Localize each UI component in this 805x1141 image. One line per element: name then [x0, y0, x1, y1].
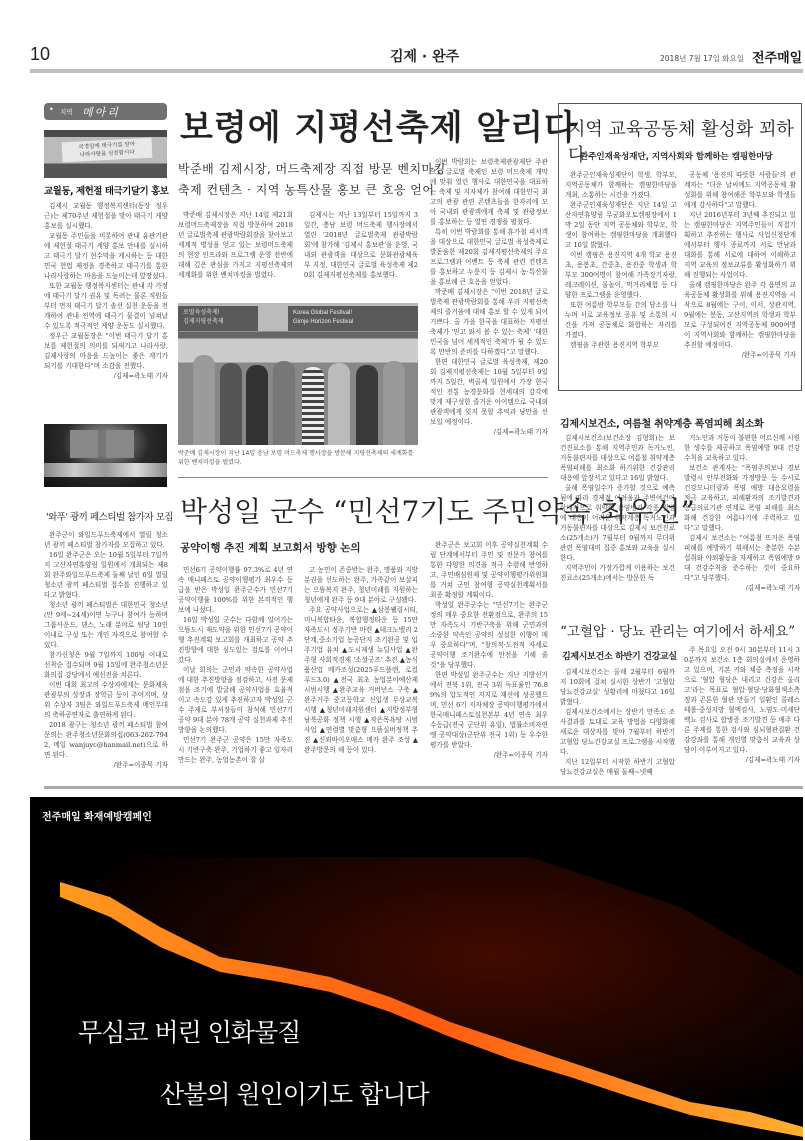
person — [193, 355, 215, 445]
paragraph: 청소년 광끼 페스티벌은 대한민국 청소년(만 9세~24세)이면 누구나 참여… — [44, 600, 168, 650]
concert-photo — [44, 424, 167, 487]
story-column: 완주군은 보고회 이후 공약실천계획 수립 단계에서부터 주민 및 전문가 참여… — [430, 540, 548, 760]
paragraph: 고 농민이 존중받는 완주, 명품와 지방분권을 선도하는 완주, 가족같이 보… — [304, 565, 418, 605]
paragraph: 이번 대회 최고의 수상자에게는 문화체육관광부의 상장과 장학금 등이 주어지… — [44, 680, 168, 720]
subheadline: 축제 컨텐츠 · 지역 농특산물 홍보 큰 호응 얻어 — [178, 181, 435, 198]
flag-banner-photo: 국경일에 태극기를 달아 나라사랑을 실천합시다 — [44, 130, 167, 178]
paragraph: 박성일 완주군수는 "민선7기는 완주군정의 매우 중요한 전환점으로, 완주의… — [430, 600, 548, 670]
sign-text: 김제지평선축제 — [183, 318, 253, 327]
paragraph: 지난 12일부터 시작한 하반기 고혈압 당뇨건강교실은 매월 둘째~넷째 — [560, 757, 675, 777]
subheadline: 완주인재육성재단, 지역사회와 함께하는 캠핑한마당 — [580, 150, 773, 162]
stage-screen — [70, 430, 98, 458]
paragraph: 또한 교월동 행정복지센터는 관내 각 가정에 태극기 달기 권유 및 독려는 … — [44, 281, 168, 331]
story-column: 주 목요일 오전 9시 30분부터 11시 30분까지 보건소 1층 회의실에서… — [684, 645, 800, 765]
paragraph: 주 목요일 오전 9시 30분부터 11시 30분까지 보건소 1층 회의실에서… — [684, 645, 800, 755]
subheadline: 공약이행 추진 계획 보고회서 방향 논의 — [180, 540, 361, 555]
paragraph: 공동체 '용진의 따뜻한 사람들'의 관계자는 "더운 날씨에도 지역공동체 활… — [684, 170, 796, 210]
paragraph: 한편 박성일 완주군수는 지난 지방선거에서 전북 1위, 전국 3위 득표율인… — [430, 670, 548, 750]
story-column: 박준배 김제시장은 지난 14일 제21회 보령머드축제장을 직접 방문하여 2… — [178, 210, 293, 280]
story-column: 공동체 '용진의 따뜻한 사람들'의 관계자는 "더운 날씨에도 지역공동체 활… — [684, 170, 796, 360]
paragraph: 김제시보건소(보건소장 김형회)는 보건진료소를 통해 지역주민과 독거노인, … — [560, 433, 675, 483]
paragraph: 올해 캠핑한마당은 완주 각 읍면의 교육공동체 활성화를 위해 용진지역을 시… — [684, 280, 796, 350]
paragraph: 김제시보건소에서는 상반기 만족도 조사결과를 토대로 교육 방법을 다양화해 … — [560, 707, 675, 757]
paragraph: 이번 박람회는 보령축제관광재단 주관으로 글로벌 축제인 보령 머드축제 개막… — [430, 157, 548, 227]
paragraph: 김제시는 지난 13일부터 15일까지 3일간, 충남 보령 머드축제 행사장에… — [304, 210, 418, 280]
header-rule — [30, 69, 803, 73]
paragraph: 완주군인재육성재단이 학생, 학부모, 지역공동체가 함께하는 캠핑한마당을 개… — [565, 170, 677, 200]
photo-caption: 박준배 김제시장이 지난 14일 충남 보령 머드축제 행사장을 방문해 지평선… — [178, 449, 418, 467]
ad-message-line-2: 산불의 원인이기도 합니다 — [160, 1075, 429, 1111]
paragraph: 또한 여름밤 학부모들 간의 담소를 나누며 서로 교육정보 공유 및 소통의 … — [565, 300, 677, 340]
paragraph: 민선7기 완주군 공약은 15만 자족도시 기반구축 완주, 기업하기 좋고 일… — [178, 735, 293, 765]
story-column: 거노인과 거동이 불편한 어르신께 시원한 생수를 제공하고 폭염예방 9대 건… — [684, 433, 800, 593]
paragraph: 참가신청은 9월 7일까지 100팀 이내로 선착순 접수되며 9월 15일에 … — [44, 650, 168, 680]
paragraph: 주요 공약사업으로는 ▲삼봉웰링시티, 미니복합타운, 복합행정타운 등 15만… — [304, 605, 418, 755]
paragraph: 완주군인재육성재단은 지난 14일 고산자연휴양림 무궁화오토캠핑장에서 1박 … — [565, 200, 677, 250]
story-column: 완주군인재육성재단이 학생, 학부모, 지역공동체가 함께하는 캠핑한마당을 개… — [565, 170, 677, 350]
region-echo-badge: • 지역 메아리 — [44, 103, 167, 120]
sign-text: 로벌육성축제! — [183, 309, 253, 318]
paragraph: 이날 회의는 군민과 약속한 공약사업에 대한 추진방향을 점검하고, 사전 문… — [178, 665, 293, 735]
main-headline: 보령에 지평선축제 알리다 — [180, 100, 578, 149]
paragraph: 박준배 김제시장은 지난 14일 제21회 보령머드축제장을 직접 방문하여 2… — [178, 210, 293, 280]
ad-message-line-1: 무심코 버린 인화물질 — [78, 1013, 300, 1049]
story-headline: 김제시보건소, 여름철 취약계층 폭염피해 최소화 — [560, 415, 763, 430]
festival-sign-right: Korea Global Festival! Gimje Horizon Fes… — [288, 306, 418, 331]
paragraph: 16일 박성일 군수는 다함께 일어가는 으뜸도시 재도약을 위한 민선7기 공… — [178, 615, 293, 665]
person — [302, 367, 324, 445]
byline: /완주=이종묵 기자 — [684, 350, 796, 360]
story-headline: '와푸' 광끼 페스티벌 참가자 모집 — [46, 509, 173, 523]
subheadline: 김제시보건소 하반기 건강교실 — [562, 649, 677, 662]
paragraph: 이번 캠핑은 용진지역 4개 학교 용진초, 용봉초, 간중초, 용진중 학생과… — [565, 250, 677, 300]
story-body: 김제시 교월동 행정복지센터(동장 정우근)는 제70주년 제헌절을 맞아 태극… — [44, 201, 168, 381]
story-headline: “고혈압 · 당뇨 관리는 여기에서 하세요” — [560, 620, 795, 640]
person — [273, 361, 295, 445]
newspaper-brand: 전주매일 — [752, 47, 802, 66]
story-column: 김제시보건소는 올해 2월부터 6월까지 10회에 걸쳐 실시한 상반기 '고혈… — [560, 667, 675, 777]
story-column: 이번 박람회는 보령축제관광재단 주관으로 글로벌 축제인 보령 머드축제 개막… — [430, 157, 548, 437]
person — [356, 365, 378, 445]
story-column: 고 농민이 존중받는 완주, 명품와 지방분권을 선도하는 완주, 가족같이 보… — [304, 565, 418, 755]
paragraph: 2018 광구는 청소년 광끼 페스티벌 참여 문의는 완주청소년문화의집(06… — [44, 720, 168, 760]
paragraph: 교월동 주민들을 비롯하여 관내 유관기관에 제헌절 태극기 게양 홍보 안내를… — [44, 231, 168, 281]
paragraph: 지역주민이 가장가깝게 이용하는 보건진료소(25개소)에서는 방문한 독 — [560, 563, 675, 583]
paragraph: 지난 2016년부터 3년째 추진되고 있는 캠핑한마당은 지역주민들이 직접기… — [684, 210, 796, 280]
stage-crowd — [44, 463, 167, 477]
bullet-icon: • — [49, 105, 54, 114]
issue-date: 2018년 7월 17일 화요일 — [660, 53, 744, 64]
paragraph: 보건소 관계자는 "폭염주의보나 경보발령시 안부전화와 가정방문 등 수시로 … — [684, 463, 800, 533]
byline: /김제=곽노태 기자 — [684, 583, 800, 593]
section-title: 김제 · 완주 — [390, 46, 459, 66]
paragraph: 김제시보건소는 올해 2월부터 6월까지 10회에 걸쳐 실시한 상반기 '고혈… — [560, 667, 675, 707]
paragraph: 한편 대한민국 글로벌 육성축제, 제20회 김제지평선축제는 10월 5일부터… — [430, 357, 548, 427]
byline: /김제=곽노태 기자 — [430, 427, 548, 437]
festival-sign-left: 로벌육성축제! 김제지평선축제 — [178, 306, 258, 331]
section-divider — [44, 786, 803, 789]
subheadline: 박준배 김제시장, 머드축제장 직접 방문 벤치마킹 — [178, 160, 446, 177]
campaign-tag: 전주매일 화재예방캠페인 — [42, 808, 152, 823]
story-headline: 교월동, 제헌절 태극기달기 홍보 — [44, 183, 168, 197]
paragraph: 김제시 보건소는 "여름철 뜨거운 폭염 피해를 예방하기 위해서는 충분한 수… — [684, 533, 800, 583]
paragraph: 정우근 교월동장은 "이번 태극기 달기 홍보를 제헌절의 의미를 되새기고 나… — [44, 331, 168, 371]
page-number: 10 — [30, 44, 50, 65]
byline: /김제=곽노태 기자 — [684, 755, 800, 765]
paragraph: 완주군이 와일드푸드축제에서 열릴 청소년 광끼 페스티벌 참가자를 모집하고 … — [44, 530, 168, 550]
person — [328, 363, 350, 445]
story-body: 완주군이 와일드푸드축제에서 열릴 청소년 광끼 페스티벌 참가자를 모집하고 … — [44, 530, 168, 770]
badge-label-small: 지역 — [60, 107, 73, 116]
person — [246, 365, 268, 445]
byline: /완주=이종묵 기자 — [430, 750, 548, 760]
paragraph: 올해 폭염일수가 증가할 것으로 예측됨에 따라 경제적 어려움과 주변여건이 … — [560, 483, 675, 563]
group-photo: 로벌육성축제! 김제지평선축제 Korea Global Festival! G… — [178, 303, 418, 445]
sign-text: Gimje Horizon Festival — [293, 318, 413, 327]
paragraph: 민선6기 공약이행률 97.3%로 4년 연속 매니페스토 공약이행평가 최우수… — [178, 565, 293, 615]
story-column: 김제시보건소(보건소장 김형회)는 보건진료소를 통해 지역주민과 독거노인, … — [560, 433, 675, 583]
paragraph: 캠핑을 주관한 용진지역 학부모 — [565, 340, 677, 350]
banner-cloth: 국경일에 태극기를 달아 나라사랑을 실천합시다 — [62, 138, 153, 163]
person — [383, 361, 405, 445]
byline: /완주=이종묵 기자 — [44, 760, 168, 770]
person — [220, 363, 242, 445]
paragraph: 거노인과 거동이 불편한 어르신께 시원한 생수를 제공하고 폭염예방 9대 건… — [684, 433, 800, 463]
sign-text: Korea Global Festival! — [293, 309, 413, 318]
story-column: 민선6기 공약이행률 97.3%로 4년 연속 매니페스토 공약이행평가 최우수… — [178, 565, 293, 765]
section-divider — [178, 477, 548, 478]
byline: /김제=곽노태 기자 — [44, 371, 168, 381]
paragraph: 16일 완주군은 오는 10월 5일부터 7일까지 고산자연휴양림 일원에서 개… — [44, 550, 168, 600]
badge-label-big: 메아리 — [82, 104, 120, 120]
paragraph: 완주군은 보고회 이후 공약실천계획 수립 단계에서부터 주민 및 전문가 참여… — [430, 540, 548, 600]
paragraph: 박준배 김제시장은 "이번 2018년 글로벌축제 관광박람회를 통해 우리 지… — [430, 287, 548, 357]
paragraph: 특히 이번 박람회를 통해 휴가철 피서객을 대상으로 대한민국 글로벌 육성축… — [430, 227, 548, 287]
paragraph: 김제시 교월동 행정복지센터(동장 정우근)는 제70주년 제헌절을 맞아 태극… — [44, 201, 168, 231]
stage-screen — [106, 430, 134, 458]
story-column: 김제시는 지난 13일부터 15일까지 3일간, 충남 보령 머드축제 행사장에… — [304, 210, 418, 280]
